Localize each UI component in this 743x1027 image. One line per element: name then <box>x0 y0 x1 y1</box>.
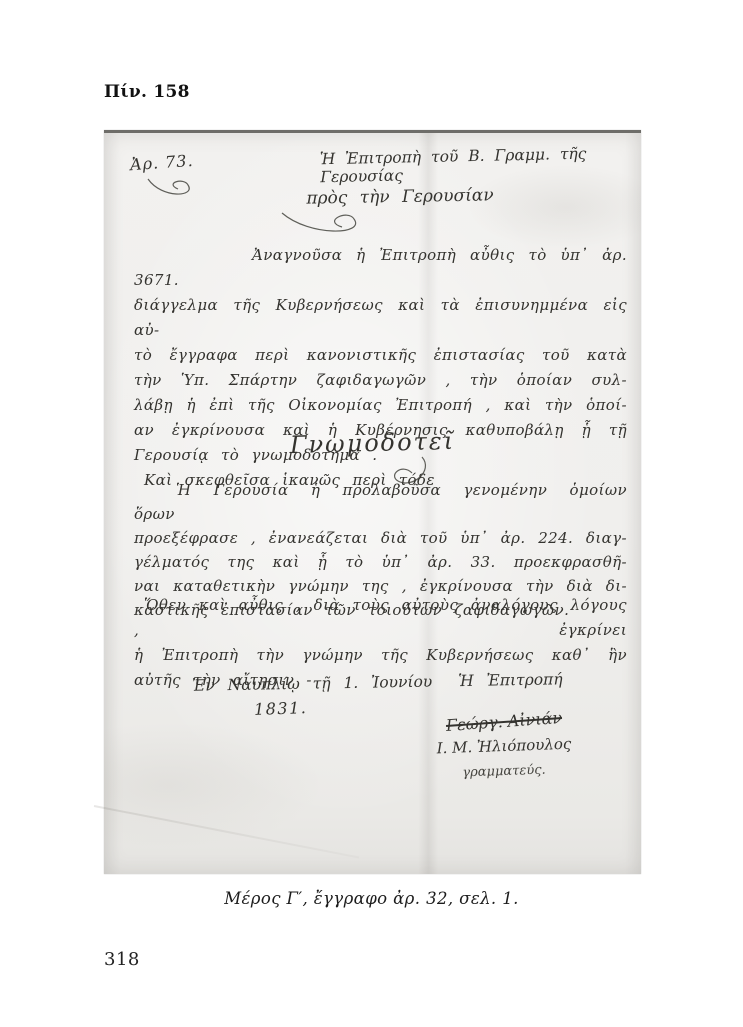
manuscript-line: Ἡ Γερουσία ἡ προλαβοῦσα γενομένην ὁμοίων… <box>134 478 627 526</box>
year: 1831. <box>254 698 308 719</box>
recipient-line: πρὸς τὴν Γερουσίαν <box>280 185 520 209</box>
page-number: 318 <box>104 949 140 970</box>
manuscript-line: γέλματός της καὶ ᾗ τὸ ὑπ᾽ ἀρ. 33. προεκφ… <box>134 550 627 574</box>
manuscript-line: ἡ Ἐπιτροπὴ τὴν γνώμην τῆς Κυβερνήσεως κα… <box>134 643 627 668</box>
manuscript-line: τὴν Ὑπ. Σπάρτην ζαφιδαγωγῶν , τὴν ὁποίαν… <box>134 368 627 393</box>
committee-label: Ἡ Ἐπιτροπή <box>458 670 563 690</box>
paper-crease <box>94 805 359 858</box>
ink-flourish-icon <box>144 173 214 197</box>
ink-flourish-icon <box>280 209 390 235</box>
manuscript-line: λάβῃ ἡ ἐπὶ τῆς Οἰκονομίας Ἐπιτροπή , καὶ… <box>134 393 627 418</box>
document-number: Ἀρ. 73. <box>129 151 194 174</box>
plate-label: Πίν. 158 <box>104 82 190 102</box>
signature-block: Γεώργ. Αἰνιάν Ι. Μ. Ἠλιόπουλος γραμματεύ… <box>384 709 624 784</box>
manuscript-photo: Ἀρ. 73. Ἡ Ἐπιτροπὴ τοῦ Β. Γραμμ. τῆς Γερ… <box>104 130 641 874</box>
manuscript-line: τὸ ἔγγραφα περὶ κανονιστικῆς ἐπιστασίας … <box>134 343 627 368</box>
manuscript-line: προεξέφρασε , ἐνανεάζεται διὰ τοῦ ὑπ᾽ ἀρ… <box>134 526 627 550</box>
manuscript-line: Ἀναγνοῦσα ἡ Ἐπιτροπὴ αὖθις τὸ ὑπ᾽ ἀρ. 36… <box>134 243 627 293</box>
book-page: { "page": { "plate_label": "Πίν. 158", "… <box>0 0 743 1027</box>
figure-caption: Μέρος Γ′, ἔγγραφο ἀρ. 32, σελ. 1. <box>0 889 743 908</box>
manuscript-line: διάγγελμα τῆς Κυβερνήσεως καὶ τὰ ἐπισυνη… <box>134 293 627 343</box>
manuscript-line: Ὅθεν καὶ αὖθις , διὰ τοὺς αὐτοὺς ἀναλόγο… <box>134 593 627 643</box>
sender-line: Ἡ Ἐπιτροπὴ τοῦ Β. Γραμμ. τῆς Γερουσίας <box>320 144 633 187</box>
